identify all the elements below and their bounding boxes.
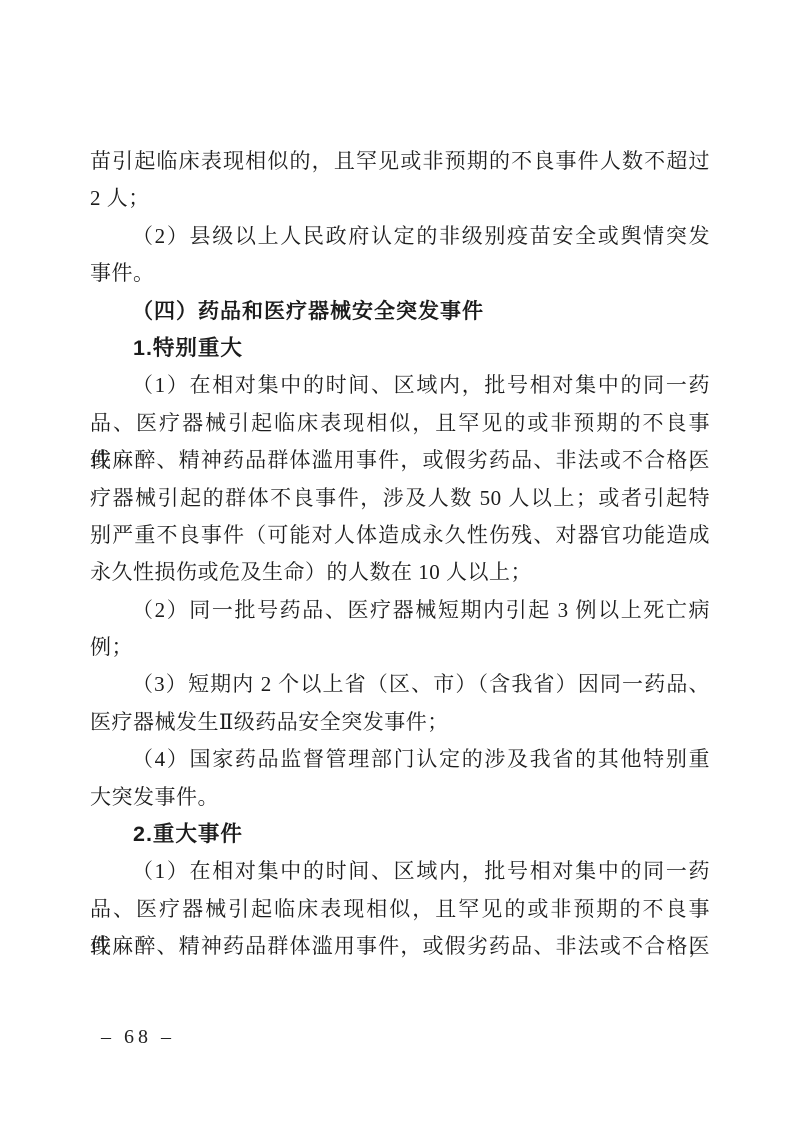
body-text-line: 2 人；: [90, 180, 710, 217]
document-page: 苗引起临床表现相似的，且罕见或非预期的不良事件人数不超过 2 人； （2）县级以…: [0, 0, 793, 1122]
body-text-line: （3）短期内 2 个以上省（区、市）（含我省）因同一药品、: [90, 666, 710, 703]
page-number: – 68 –: [101, 1026, 175, 1049]
subsection-heading-2: 2.重大事件: [90, 816, 710, 853]
body-text-line: 疗器械引起的群体不良事件，涉及人数 50 人以上；或者引起特: [90, 480, 710, 517]
body-text-line: 苗引起临床表现相似的，且罕见或非预期的不良事件人数不超过: [90, 143, 710, 180]
body-text-line: 品、医疗器械引起临床表现相似，且罕见的或非预期的不良事件，: [90, 891, 710, 928]
body-text-line: （1）在相对集中的时间、区域内，批号相对集中的同一药: [90, 853, 710, 890]
body-text-line: （1）在相对集中的时间、区域内，批号相对集中的同一药: [90, 367, 710, 404]
body-text-line: （4）国家药品监督管理部门认定的涉及我省的其他特别重: [90, 741, 710, 778]
body-text-line: 事件。: [90, 255, 710, 292]
body-text-line: （2）同一批号药品、医疗器械短期内引起 3 例以上死亡病: [90, 592, 710, 629]
body-text-line: 大突发事件。: [90, 779, 710, 816]
body-text-line: 或麻醉、精神药品群体滥用事件，或假劣药品、非法或不合格医: [90, 442, 710, 479]
body-text-line: 永久性损伤或危及生命）的人数在 10 人以上；: [90, 554, 710, 591]
body-text-line: 例；: [90, 629, 710, 666]
subsection-heading-1: 1.特别重大: [90, 330, 710, 367]
body-text-line: 别严重不良事件（可能对人体造成永久性伤残、对器官功能造成: [90, 517, 710, 554]
body-text-line: 医疗器械发生Ⅱ级药品安全突发事件；: [90, 704, 710, 741]
body-text-line: 品、医疗器械引起临床表现相似，且罕见的或非预期的不良事件，: [90, 405, 710, 442]
body-text-line: 或麻醉、精神药品群体滥用事件，或假劣药品、非法或不合格医: [90, 928, 710, 965]
body-text-line: （2）县级以上人民政府认定的非级别疫苗安全或舆情突发: [90, 218, 710, 255]
section-heading-four: （四）药品和医疗器械安全突发事件: [90, 293, 710, 330]
document-body: 苗引起临床表现相似的，且罕见或非预期的不良事件人数不超过 2 人； （2）县级以…: [90, 143, 710, 966]
